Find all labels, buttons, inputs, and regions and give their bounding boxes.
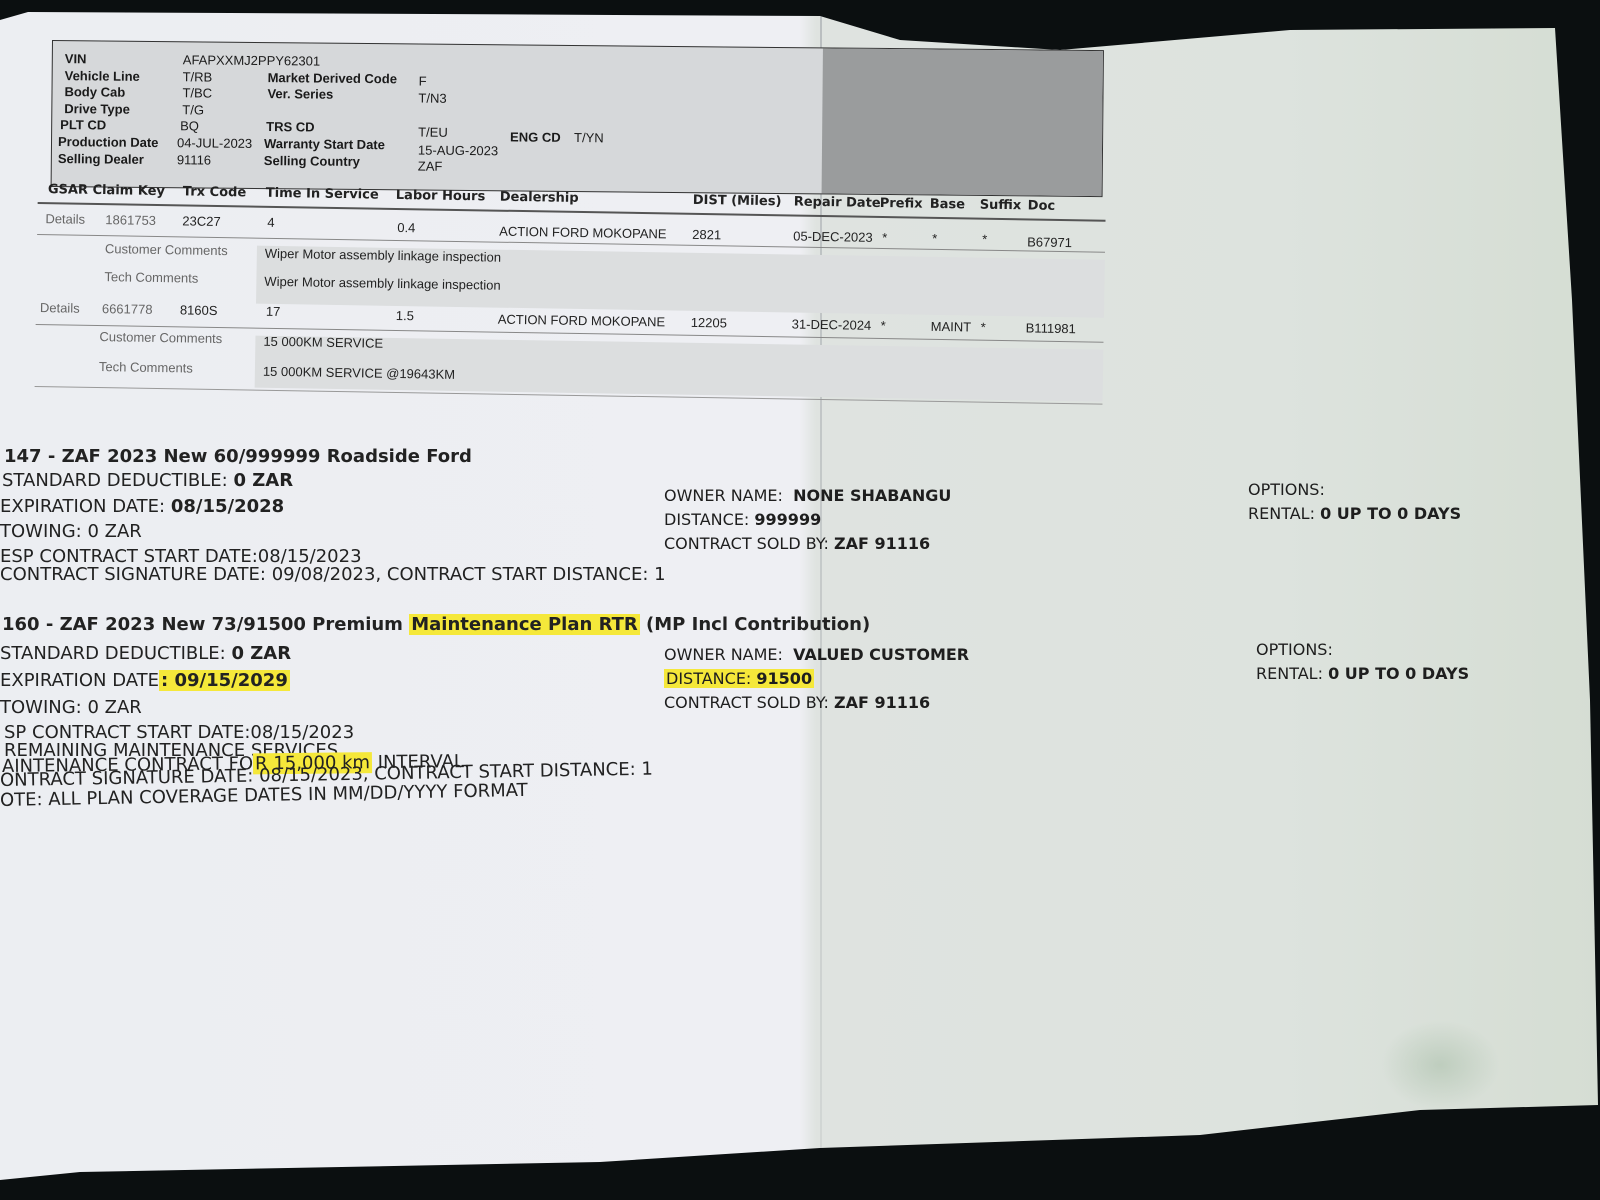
trs-cd-value: T/EU bbox=[418, 125, 448, 140]
base: * bbox=[932, 231, 937, 246]
dealership: ACTION FORD MOKOPANE bbox=[499, 224, 667, 242]
tech-comments: 15 000KM SERVICE @19643KM bbox=[263, 364, 455, 382]
signature-date: CONTRACT SIGNATURE DATE: 09/08/2023, CON… bbox=[0, 564, 666, 585]
printed-document: VIN AFAPXXMJ2PPY62301 Vehicle Line T/RB … bbox=[0, 0, 1600, 1200]
rental-label: RENTAL: bbox=[1248, 504, 1315, 523]
drive-type-value: T/G bbox=[182, 102, 204, 117]
owner-value: VALUED CUSTOMER bbox=[793, 645, 969, 664]
market-code-value: F bbox=[419, 74, 427, 89]
trx-code: 23C27 bbox=[182, 213, 221, 229]
col-header-labor-hours: Labor Hours bbox=[396, 188, 486, 204]
plt-cd-label: PLT CD bbox=[60, 117, 106, 132]
contract-title-suffix: (MP Incl Contribution) bbox=[640, 614, 870, 635]
expiration-value: 08/15/2028 bbox=[171, 496, 284, 517]
repair-date: 05-DEC-2023 bbox=[793, 229, 873, 245]
eng-cd-value: T/YN bbox=[574, 130, 604, 145]
drive-type-label: Drive Type bbox=[64, 101, 130, 117]
body-cab-value: T/BC bbox=[182, 85, 212, 100]
sold-by-label: CONTRACT SOLD BY: bbox=[664, 693, 829, 712]
contract-roadside-owner: OWNER NAME: NONE SHABANGU DISTANCE: 9999… bbox=[664, 486, 951, 558]
customer-comments-label: Customer Comments bbox=[105, 241, 228, 258]
base: MAINT bbox=[931, 319, 972, 335]
repair-date: 31-DEC-2024 bbox=[792, 317, 872, 333]
distance-value: 999999 bbox=[754, 510, 821, 529]
distance-miles: 2821 bbox=[692, 227, 721, 242]
deductible-value: 0 ZAR bbox=[231, 643, 291, 664]
details-link[interactable]: Details bbox=[45, 211, 85, 227]
redacted-grey-panel bbox=[822, 48, 1103, 196]
eng-cd-label: ENG CD bbox=[510, 129, 561, 144]
expiration-label: EXPIRATION DATE bbox=[0, 670, 159, 691]
selling-country-label: Selling Country bbox=[264, 153, 360, 169]
body-cab-label: Body Cab bbox=[64, 84, 125, 100]
vin-label: VIN bbox=[65, 51, 87, 66]
vehicle-info-box: VIN AFAPXXMJ2PPY62301 Vehicle Line T/RB … bbox=[51, 40, 1104, 197]
suffix: * bbox=[981, 320, 986, 335]
col-header-prefix: Prefix bbox=[880, 196, 923, 212]
col-header-repair-date: Repair Date bbox=[794, 195, 881, 211]
dealership: ACTION FORD MOKOPANE bbox=[498, 312, 666, 330]
time-in-service: 17 bbox=[266, 304, 281, 319]
contract-maintenance-owner: OWNER NAME: VALUED CUSTOMER DISTANCE: 91… bbox=[664, 645, 969, 717]
details-link[interactable]: Details bbox=[40, 300, 80, 316]
options-label: OPTIONS: bbox=[1248, 480, 1461, 499]
prefix: * bbox=[882, 230, 887, 245]
col-header-time-in-service: Time In Service bbox=[266, 186, 379, 203]
owner-value: NONE SHABANGU bbox=[793, 486, 951, 505]
contract-roadside-options: OPTIONS: RENTAL: 0 UP TO 0 DAYS bbox=[1248, 480, 1461, 528]
expiration-value-highlighted: : 09/15/2029 bbox=[159, 670, 290, 691]
suffix: * bbox=[982, 232, 987, 247]
contract-title: 160 - ZAF 2023 New 73/91500 Premium bbox=[2, 614, 409, 635]
col-header-suffix: Suffix bbox=[980, 198, 1022, 214]
towing-label: TOWING: bbox=[0, 521, 82, 542]
deductible-label: STANDARD DEDUCTIBLE: bbox=[0, 643, 226, 664]
doc-number: B111981 bbox=[1026, 320, 1076, 336]
towing-label: TOWING: bbox=[0, 697, 82, 718]
distance-miles: 12205 bbox=[691, 315, 727, 331]
production-date-value: 04-JUL-2023 bbox=[177, 135, 252, 151]
distance-label: DISTANCE: bbox=[666, 669, 751, 688]
expiration-label: EXPIRATION DATE: bbox=[0, 496, 165, 517]
rental-value: 0 UP TO 0 DAYS bbox=[1320, 504, 1461, 523]
labor-hours: 0.4 bbox=[397, 220, 415, 235]
col-header-dealership: Dealership bbox=[500, 190, 579, 206]
claim-key: 1861753 bbox=[105, 212, 156, 228]
vehicle-line-label: Vehicle Line bbox=[65, 68, 140, 84]
customer-comments: 15 000KM SERVICE bbox=[263, 334, 383, 351]
distance-value-highlighted: 91500 bbox=[756, 669, 812, 688]
sold-by-value: ZAF 91116 bbox=[834, 534, 930, 553]
customer-comments-label: Customer Comments bbox=[99, 329, 222, 346]
time-in-service: 4 bbox=[267, 215, 274, 230]
col-header-claim-key: GSAR Claim Key bbox=[48, 182, 165, 199]
options-label: OPTIONS: bbox=[1256, 640, 1469, 659]
col-header-dist: DIST (Miles) bbox=[693, 193, 782, 209]
contract-title: 147 - ZAF 2023 New 60/999999 Roadside Fo… bbox=[4, 446, 472, 467]
deductible-value: 0 ZAR bbox=[233, 470, 293, 491]
vehicle-line-value: T/RB bbox=[183, 69, 213, 84]
distance-label: DISTANCE: bbox=[664, 510, 749, 529]
vin-value: AFAPXXMJ2PPY62301 bbox=[183, 52, 320, 68]
prefix: * bbox=[881, 318, 886, 333]
selling-dealer-value: 91116 bbox=[177, 152, 211, 167]
market-code-label: Market Derived Code bbox=[268, 70, 397, 86]
production-date-label: Production Date bbox=[58, 134, 159, 150]
rental-label: RENTAL: bbox=[1256, 664, 1323, 683]
claim-key: 6661778 bbox=[102, 301, 153, 317]
tech-comments-label: Tech Comments bbox=[99, 359, 193, 376]
owner-label: OWNER NAME: bbox=[664, 645, 783, 664]
ver-series-value: T/N3 bbox=[418, 91, 446, 106]
owner-label: OWNER NAME: bbox=[664, 486, 783, 505]
deductible-label: STANDARD DEDUCTIBLE: bbox=[2, 470, 228, 491]
tech-comments-label: Tech Comments bbox=[104, 269, 198, 286]
sold-by-label: CONTRACT SOLD BY: bbox=[664, 534, 829, 553]
ver-series-label: Ver. Series bbox=[267, 86, 333, 102]
warranty-start-label: Warranty Start Date bbox=[264, 136, 385, 152]
warranty-start-value: 15-AUG-2023 bbox=[418, 143, 498, 159]
plt-cd-value: BQ bbox=[180, 118, 199, 133]
paper-shadow bbox=[1380, 1020, 1500, 1110]
selling-country-value: ZAF bbox=[418, 159, 443, 174]
col-header-trx-code: Trx Code bbox=[183, 184, 247, 200]
highlighted-plan-name: Maintenance Plan RTR bbox=[409, 614, 640, 635]
col-header-doc: Doc bbox=[1028, 198, 1056, 213]
contract-maintenance-options: OPTIONS: RENTAL: 0 UP TO 0 DAYS bbox=[1256, 640, 1469, 688]
doc-number: B67971 bbox=[1027, 234, 1072, 250]
rental-value: 0 UP TO 0 DAYS bbox=[1328, 664, 1469, 683]
towing-value: 0 ZAR bbox=[87, 697, 141, 718]
trx-code: 8160S bbox=[180, 302, 218, 318]
selling-dealer-label: Selling Dealer bbox=[58, 151, 144, 167]
sold-by-value: ZAF 91116 bbox=[834, 693, 930, 712]
labor-hours: 1.5 bbox=[396, 308, 414, 323]
towing-value: 0 ZAR bbox=[87, 521, 141, 542]
col-header-base: Base bbox=[930, 197, 965, 213]
trs-cd-label: TRS CD bbox=[266, 119, 315, 134]
